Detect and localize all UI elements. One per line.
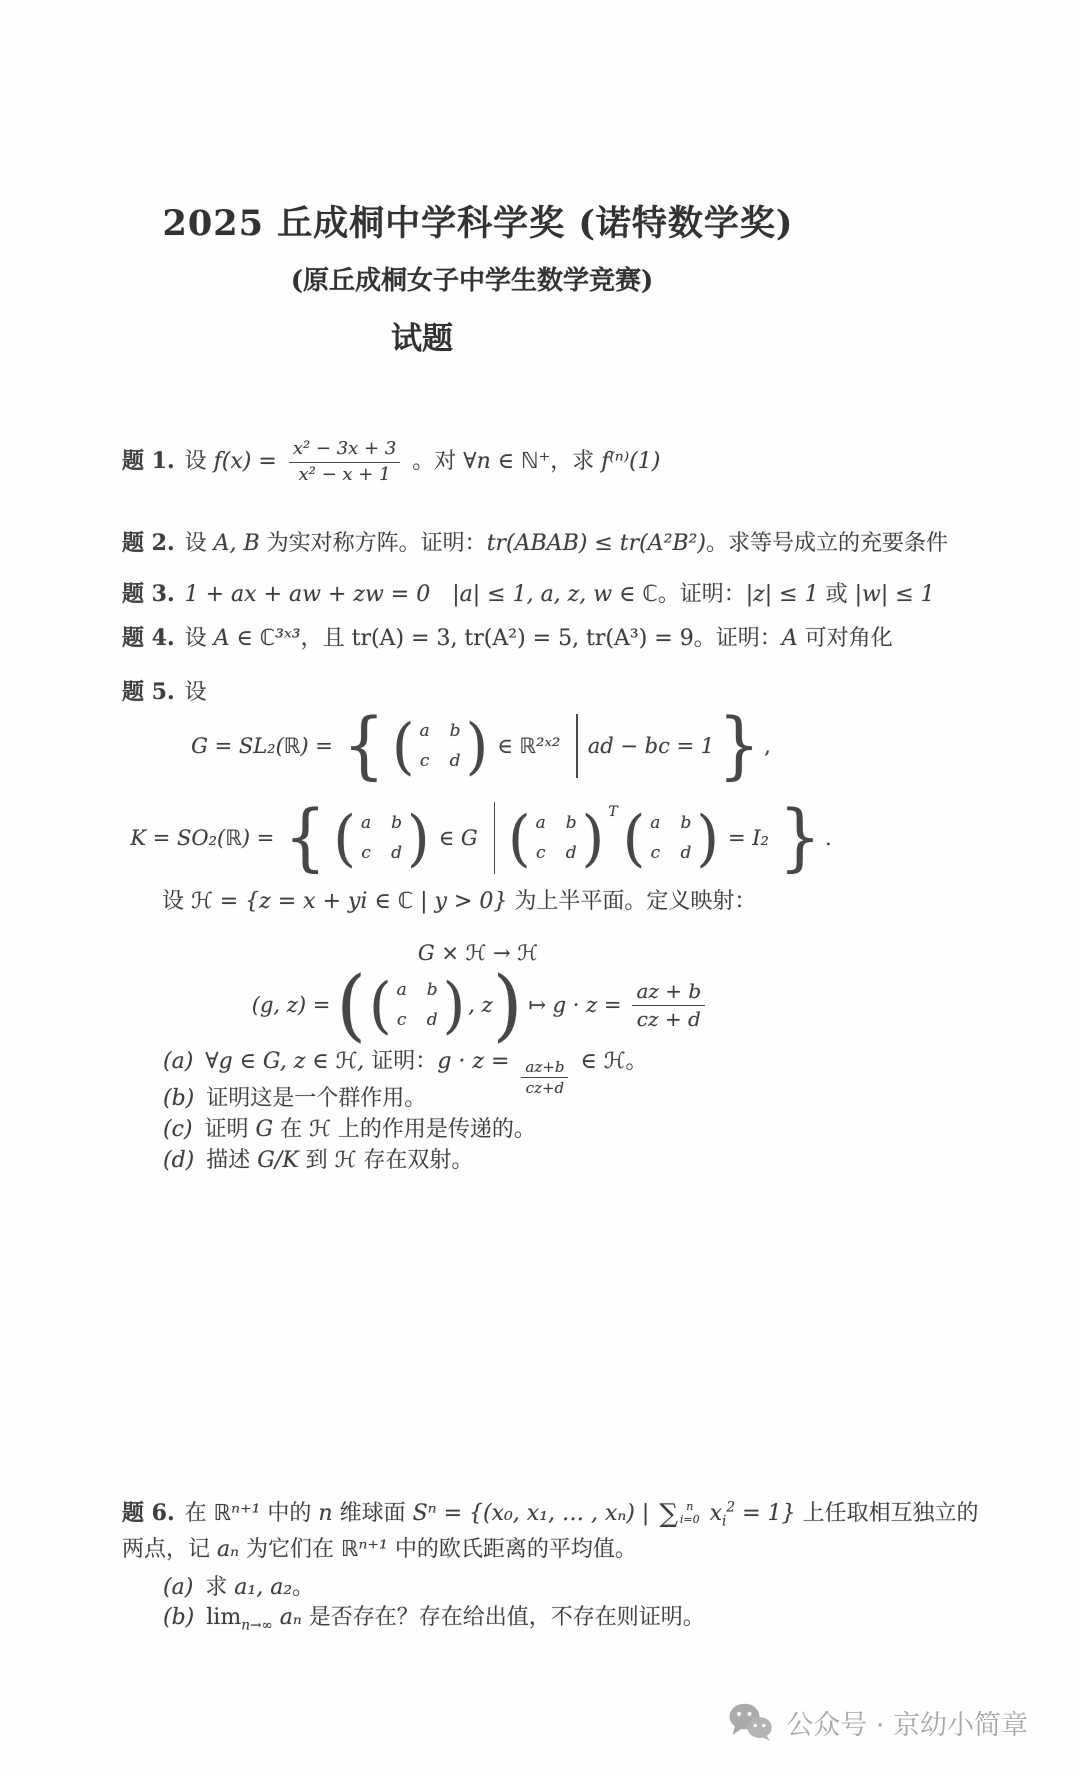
wechat-icon	[728, 1702, 774, 1742]
equation-K-membership: ∈ G	[439, 826, 478, 850]
matrix: ( abcd )	[508, 812, 604, 864]
item-math: aₙ	[273, 1605, 302, 1630]
left-brace: {	[343, 713, 385, 778]
sum-symbol: ∑	[659, 1501, 678, 1527]
limit-operator: lim	[206, 1605, 241, 1630]
item-math: ℋ	[309, 1117, 331, 1142]
matrix: ( abcd )	[623, 812, 719, 864]
item-tag: (a)	[163, 1575, 193, 1600]
problem-5-item-d: (d)描述 G/K 到 ℋ 存在双射。	[163, 1145, 980, 1177]
item-text: 证明这是一个群作用。	[206, 1086, 426, 1111]
right-paren: )	[582, 811, 605, 866]
matrix-cell: b	[450, 723, 461, 740]
sum-term-sup: 2	[726, 1500, 735, 1516]
watermark: 公众号 · 京幼小简章	[728, 1702, 1028, 1742]
problem-6-item-a: (a)求 a₁, a₂。	[163, 1572, 980, 1604]
problem-1-text: 。对	[412, 449, 463, 474]
matrix-cell: d	[450, 753, 461, 770]
left-brace: {	[284, 805, 326, 870]
equation-K-lhs: K = SO₂(ℝ) =	[130, 826, 274, 850]
problem-3: 题 3.1 + ax + aw + zw = 0|a| ≤ 1, a, z, w…	[122, 578, 980, 611]
right-brace: }	[779, 805, 821, 870]
problem-6-text: 中的	[260, 1501, 318, 1526]
left-paren: (	[333, 811, 356, 866]
matrix-cell: a	[420, 723, 430, 740]
doc-type-heading: 试题	[0, 313, 962, 358]
item-text: 证明	[205, 1117, 256, 1142]
item-math: ∀g ∈ G, z ∈ ℋ,	[205, 1049, 364, 1074]
item-math: a₁, a₂	[234, 1575, 292, 1600]
problem-2-label: 题 2.	[122, 530, 175, 556]
right-paren: )	[443, 978, 466, 1033]
right-brace: }	[718, 713, 760, 778]
equation-G-condition: ad − bc = 1	[588, 734, 714, 758]
fraction: az + bcz + d	[632, 979, 705, 1032]
sum-term-base: x	[710, 1501, 722, 1526]
equation-G-membership: ∈ ℝ²ˣ²	[497, 734, 560, 758]
problem-6-math: n	[318, 1501, 332, 1526]
map-formula: (g, z) = ( ( abcd ) , z ) ↦ g · z = az +…	[0, 960, 1080, 1050]
item-tag: (a)	[163, 1049, 193, 1074]
equation-G: G = SL₂(ℝ) = { ( abcd ) ∈ ℝ²ˣ² ad − bc =…	[0, 700, 1080, 792]
transpose-superscript: T	[608, 804, 617, 820]
problem-3-text: 。证明：	[658, 582, 746, 607]
equation-K: K = SO₂(ℝ) = { ( abcd ) ∈ G ( abcd ) T (…	[0, 790, 1080, 886]
item-tag: (c)	[163, 1117, 193, 1142]
problem-2-text: 为实对称方阵。证明：	[260, 531, 487, 556]
left-paren: (	[623, 811, 646, 866]
item-text: 是否存在？存在给出值，不存在则证明。	[302, 1605, 705, 1630]
fraction: x² − 3x + 3x² − x + 1	[289, 438, 400, 486]
fraction-numerator: az+b	[521, 1058, 568, 1078]
problem-4-math: A ∈ ℂ³ˣ³	[214, 626, 301, 651]
problem-1: 题 1.设 f(x) = x² − 3x + 3x² − x + 1 。对 ∀n…	[122, 438, 980, 486]
problem-2-math: tr(ABAB) ≤ tr(A²B²)	[487, 531, 706, 556]
problem-4: 题 4.设 A ∈ ℂ³ˣ³，且 tr(A) = 3, tr(A²) = 5, …	[122, 622, 980, 655]
document-header: 2025 丘成桐中学科学奖 (诺特数学奖) (原丘成桐女子中学生数学竞赛) 试题	[0, 196, 1080, 358]
matrix-cell: b	[391, 815, 402, 832]
problem-1-text: 设	[185, 449, 207, 474]
problem-6-math: Sⁿ = {(x₀, x₁, … , xₙ) |	[413, 1501, 650, 1526]
right-paren: )	[466, 719, 489, 774]
matrix-cell: a	[650, 815, 660, 832]
exam-paper-page: 2025 丘成桐中学科学奖 (诺特数学奖) (原丘成桐女子中学生数学竞赛) 试题…	[0, 0, 1080, 1774]
problem-2-text: 设	[185, 531, 214, 556]
matrix-cell: d	[391, 845, 402, 862]
sum-lower-limit: i=0	[680, 1514, 700, 1527]
problem-5-text: 为上半平面。定义映射：	[507, 889, 756, 914]
matrix-cell: c	[536, 845, 546, 862]
problem-3-math: |w| ≤ 1	[855, 582, 935, 607]
equation-G-lhs: G = SL₂(ℝ) =	[191, 734, 333, 758]
problem-1-math: ∀n ∈ ℕ⁺	[463, 449, 550, 474]
problem-1-label: 题 1.	[122, 448, 175, 474]
matrix: ( abcd )	[369, 979, 465, 1031]
problem-5-text: 设	[162, 889, 191, 914]
item-text: 。	[292, 1575, 314, 1600]
problem-4-text: 设	[185, 626, 214, 651]
matrix-cell: c	[397, 1012, 407, 1029]
problem-6-math: ℝⁿ⁺¹	[341, 1537, 388, 1562]
summation: ∑ni=0	[659, 1501, 699, 1527]
problem-3-math: 1 + ax + aw + zw = 0	[185, 582, 431, 607]
matrix-cell: c	[420, 753, 430, 770]
problem-3-label: 题 3.	[122, 581, 175, 607]
item-text: 到	[299, 1148, 335, 1173]
problem-2-text: 。求等号成立的充要条件	[706, 531, 948, 556]
matrix-cell: a	[536, 815, 546, 832]
problem-1-math: f⁽ⁿ⁾(1)	[601, 449, 660, 474]
equation-G-punct: ,	[764, 734, 771, 758]
matrix-cell: d	[427, 1012, 438, 1029]
right-paren: )	[696, 811, 719, 866]
problem-3-math: |z| ≤ 1	[746, 582, 819, 607]
problem-2: 题 2.设 A, B 为实对称方阵。证明：tr(ABAB) ≤ tr(A²B²)…	[122, 527, 980, 560]
problem-5-item-b: (b)证明这是一个群作用。	[163, 1083, 980, 1115]
problem-4-math: tr(A) = 3, tr(A²) = 5, tr(A³) = 9	[352, 626, 694, 651]
problem-4-text: ，且	[301, 626, 352, 651]
big-left-paren: (	[336, 972, 366, 1038]
matrix-cell: b	[566, 815, 577, 832]
problem-2-math: A, B	[214, 531, 260, 556]
map-lhs: (g, z) =	[252, 993, 331, 1017]
page-title: 2025 丘成桐中学科学奖 (诺特数学奖)	[0, 196, 1018, 246]
equation-K-punct: .	[825, 826, 832, 850]
right-paren: )	[407, 811, 430, 866]
set-divider	[494, 802, 495, 874]
set-divider	[576, 714, 577, 778]
map-action: ↦ g · z =	[528, 993, 621, 1017]
problem-4-text: 可对角化	[798, 626, 893, 651]
problem-6-math: ℝⁿ⁺¹	[214, 1501, 261, 1526]
problem-6-math: aₙ	[217, 1537, 239, 1562]
limit-subscript: n→∞	[241, 1617, 273, 1633]
item-tag: (b)	[163, 1605, 194, 1630]
problem-6-text: 在	[185, 1501, 214, 1526]
problem-5-math: ℋ = {z = x + yi ∈ ℂ | y > 0}	[191, 889, 507, 914]
matrix-cell: b	[427, 982, 438, 999]
item-text: 描述	[206, 1148, 257, 1173]
problem-4-label: 题 4.	[122, 625, 175, 651]
item-math: g · z =	[437, 1049, 509, 1074]
matrix-cell: a	[397, 982, 407, 999]
item-math: ∈ ℋ	[580, 1049, 625, 1074]
problem-1-text: ，求	[550, 449, 601, 474]
matrix-cell: b	[680, 815, 691, 832]
item-text: 上的作用是传递的。	[331, 1117, 536, 1142]
item-text: 。	[625, 1049, 647, 1074]
problem-6-text: 维球面	[333, 1501, 413, 1526]
page-subtitle: (原丘成桐女子中学生数学竞赛)	[0, 260, 1012, 297]
watermark-text: 公众号 · 京幼小简章	[786, 1703, 1028, 1742]
left-paren: (	[508, 811, 531, 866]
problem-3-math: |a| ≤ 1, a, z, w ∈ ℂ	[452, 582, 658, 607]
map-z-arg: , z	[468, 993, 492, 1017]
problem-6-math: = 1}	[742, 1501, 795, 1526]
left-paren: (	[369, 978, 392, 1033]
matrix-cell: a	[361, 815, 371, 832]
fraction-numerator: az + b	[632, 979, 705, 1006]
problem-6-text: 中的欧氏距离的平均值。	[388, 1537, 637, 1562]
problem-5-item-c: (c)证明 G 在 ℋ 上的作用是传递的。	[163, 1114, 980, 1146]
matrix: ( abcd )	[392, 720, 488, 772]
item-math: ℋ	[335, 1148, 357, 1173]
matrix-cell: d	[566, 845, 577, 862]
problem-1-math: f(x) =	[214, 449, 277, 474]
problem-6-math: xi2	[710, 1501, 735, 1526]
problem-6: 题 6.在 ℝⁿ⁺¹ 中的 n 维球面 Sⁿ = {(x₀, x₁, … , x…	[122, 1496, 980, 1568]
big-right-paren: )	[493, 972, 523, 1038]
problem-6-item-b: (b)limn→∞ aₙ 是否存在？存在给出值，不存在则证明。	[163, 1602, 980, 1636]
item-text: 存在双射。	[356, 1148, 473, 1173]
item-tag: (b)	[163, 1086, 194, 1111]
item-text: 证明：	[364, 1049, 437, 1074]
matrix: ( abcd )	[333, 812, 429, 864]
problem-3-text: 或	[819, 582, 855, 607]
halfplane-definition: 设 ℋ = {z = x + yi ∈ ℂ | y > 0} 为上半平面。定义映…	[162, 884, 980, 915]
matrix-cell: d	[680, 845, 691, 862]
item-math: G	[256, 1117, 274, 1142]
item-text: 在	[273, 1117, 309, 1142]
equation-K-rhs: = I₂	[728, 826, 769, 850]
item-tag: (d)	[163, 1148, 194, 1173]
left-paren: (	[392, 719, 415, 774]
fraction-denominator: cz + d	[633, 1006, 705, 1032]
item-math: G/K	[257, 1148, 298, 1173]
matrix-cell: c	[650, 845, 660, 862]
problem-4-math: A	[782, 626, 798, 651]
item-text: 求	[205, 1575, 234, 1600]
fraction-denominator: x² − x + 1	[295, 463, 395, 487]
problem-4-text: 。证明：	[694, 626, 782, 651]
problem-6-label: 题 6.	[122, 1500, 175, 1526]
fraction-numerator: x² − 3x + 3	[289, 438, 400, 463]
matrix-cell: c	[361, 845, 371, 862]
problem-6-text: 为它们在	[239, 1537, 341, 1562]
